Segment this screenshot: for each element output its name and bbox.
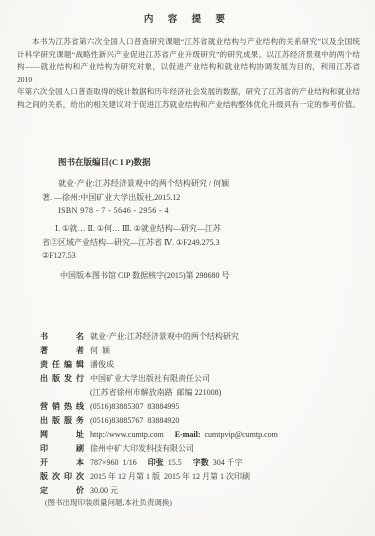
row-value: 何 颖 [90,346,110,355]
summary-line: 年第六次全国人口普查取得的统计数据和历年经济社会发展的数据，研究了江苏省的产业结… [17,86,360,99]
cip-class-line-3: ②F127.53 [42,251,76,260]
row-value: 就业·产业:江苏经济景观中的两个结构研究 [90,332,239,341]
table-row: 书 名 就业·产业:江苏经济景观中的两个结构研究 [40,330,360,344]
publisher-address: (江苏省徐州市解放南路 邮编 221008) [90,388,221,397]
cip-record-line: 中国版本图书馆 CIP 数据核字(2015)第 298680 号 [60,270,229,281]
content-summary: 本书为江苏省第六次全国人口普查研究课题“江苏省就业结构与产业结构的关系研究”以及… [17,36,360,112]
row-label: 定 价 [40,484,84,498]
website-url: http://www.cumtp.com [90,430,164,439]
row-label: 出版发行 [40,372,84,386]
cip-class-line-2: 省②区域产业结构—研究—江苏省 Ⅳ. ①F249.275.3 [42,237,220,248]
row-label: 著 者 [40,344,84,358]
row-label: 网 址 [40,428,84,442]
table-row: 责任编辑 潘俊成 [40,358,360,372]
row-label: 书 名 [40,330,84,344]
row-value: 潘俊成 [90,360,114,369]
table-row: 开 本 787×960 1/16 印张 15.5 字数 304 千字 [40,456,360,470]
sheets-label: 印张 [148,458,164,467]
row-value: 中国矿业大学出版社有限责任公司 [90,374,210,383]
table-row: (江苏省徐州市解放南路 邮编 221008) [40,386,360,400]
cip-publisher-line: 著. —徐州:中国矿业大学出版社,2015.12 [42,192,180,203]
email-label: E-mail: [175,430,201,439]
summary-line: 本书为江苏省第六次全国人口普查研究课题“江苏省就业结构与产业结构的关系研究”以及… [17,36,360,49]
email-value: cumtpvip@cumtp.com [204,430,277,439]
row-value: 徐州中矿大印发科技有限公司 [90,444,194,453]
summary-line: 构——就业结构和产业结构为研究对象，以促进产业结构和就业结构协调发展为目的，利用… [17,61,360,86]
table-row: 版次印次 2015 年 12 月第 1 版 2015 年 12 月第 1 次印刷 [40,470,360,484]
format-size: 787×960 1/16 [90,458,137,467]
row-value: 2015 年 12 月第 1 版 2015 年 12 月第 1 次印刷 [90,472,250,481]
summary-line: 计科学研究课题“战略性新兴产业促进江苏省产业升级研究”的研究成果。以江苏经济景观… [17,49,360,62]
cip-title-line: 就业·产业:江苏经济景观中的两个结构研究 / 何颖 [58,178,229,189]
row-value: 30.00 元 [90,486,118,495]
row-label: 开 本 [40,456,84,470]
table-row: 印 刷 徐州中矿大印发科技有限公司 [40,442,360,456]
quality-note: (图书出现印装质量问题,本社负责调换) [45,497,172,508]
page-title: 内 容 提 要 [0,11,375,25]
colophon-table: 书 名 就业·产业:江苏经济景观中的两个结构研究 著 者 何 颖 责任编辑 潘俊… [40,330,360,498]
row-label: 责任编辑 [40,358,84,372]
book-copyright-page: 内 容 提 要 本书为江苏省第六次全国人口普查研究课题“江苏省就业结构与产业结构… [0,0,375,536]
cip-isbn-line: ISBN 978 - 7 - 5646 - 2956 - 4 [58,206,169,215]
row-value: (0516)83885307 83884995 [90,402,179,411]
row-label: 营销热线 [40,400,84,414]
table-row: 出版服务 (0516)83885767 83884920 [40,414,360,428]
row-label: 出版服务 [40,414,84,428]
table-row: 出版发行 中国矿业大学出版社有限责任公司 [40,372,360,386]
words-label: 字数 [193,458,209,467]
row-value: (0516)83885767 83884920 [90,416,179,425]
cip-heading: 图书在版编目(C I P)数据 [58,156,151,168]
words-value: 304 千字 [213,458,243,467]
sheets-value: 15.5 [168,458,182,467]
cip-class-line-1: Ⅰ. ①就… Ⅱ. ①何… Ⅲ. ①就业结构—研究—江苏 [55,223,221,234]
table-row: 著 者 何 颖 [40,344,360,358]
table-row: 营销热线 (0516)83885307 83884995 [40,400,360,414]
table-row: 定 价 30.00 元 [40,484,360,498]
table-row: 网 址 http://www.cumtp.com E-mail: cumtpvi… [40,428,360,442]
row-label: 印 刷 [40,442,84,456]
row-label: 版次印次 [40,470,84,484]
summary-line: 构之间的关系，给出的相关建议对于促进江苏就业结构和产业结构整体优化升级具有一定的… [17,99,360,112]
